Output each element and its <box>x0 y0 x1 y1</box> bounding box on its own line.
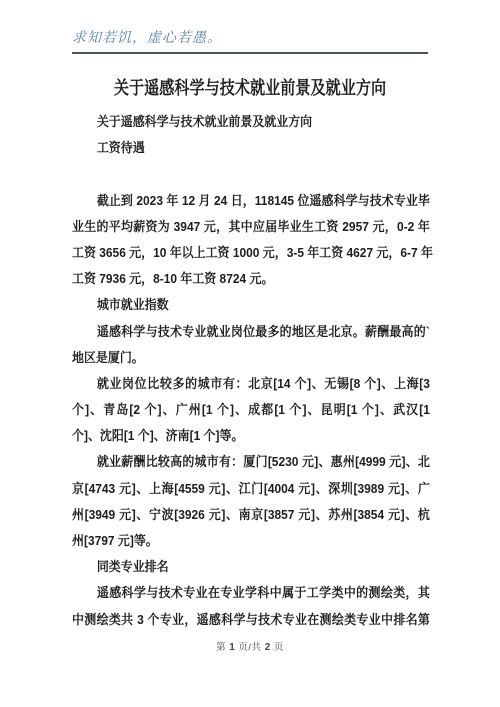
body-text-line: 地区是厦门。 <box>72 345 430 371</box>
page-footer: 第 1 页/共 2 页 <box>0 642 500 654</box>
body-text-line: 遥感科学与技术专业就业岗位最多的地区是北京。薪酬最高的` <box>72 319 430 345</box>
body-text-line: 截止到 2023 年 12 月 24 日，118145 位遥感科学与技术专业毕 <box>72 188 430 214</box>
body-text-line: 就业岗位比较多的城市有：北京[14 个]、无锡[8 个]、上海[3 <box>72 371 430 397</box>
body-text-line: 京[4743 元]、上海[4559 元]、江门[4004 元]、深圳[3989 … <box>72 476 430 502</box>
body-text-line: 同类专业排名 <box>72 554 430 580</box>
footer-middle: 页/共 <box>235 642 264 653</box>
body-text-line: 业生的平均薪资为 3947 元，其中应届毕业生工资 2957 元，0-2 年 <box>72 214 430 240</box>
body-text-line: 州[3797 元]等。 <box>72 528 430 554</box>
body-text-line: 中测绘类共 3 个专业，遥感科学与技术专业在测绘类专业中排名第 <box>72 607 430 633</box>
footer-suffix: 页 <box>271 642 284 653</box>
body-text-line: 工资 3656 元，10 年以上工资 1000 元，3-5 年工资 4627 元… <box>72 240 430 266</box>
footer-prefix: 第 <box>216 642 229 653</box>
body-text-line: 个]、沈阳[1 个]、济南[1 个]等。 <box>72 423 430 449</box>
body-text-line: 关于遥感科学与技术就业前景及就业方向 <box>72 109 430 135</box>
body-text-line: 个]、青岛[2 个]、广州[1 个]、成都[1 个]、昆明[1 个]、武汉[1 <box>72 397 430 423</box>
body-text-line: 州[3949 元]、宁波[3926 元]、南京[3857 元]、苏州[3854 … <box>72 502 430 528</box>
body-text-line: 遥感科学与技术专业在专业学科中属于工学类中的测绘类，其 <box>72 580 430 606</box>
body-text-line: 就业薪酬比较高的城市有：厦门[5230 元]、惠州[4999 元]、北 <box>72 449 430 475</box>
header-motto: 求知若饥，虚心若愚。 <box>72 30 428 47</box>
body-blank-line <box>72 161 430 187</box>
body-text-line: 城市就业指数 <box>72 292 430 318</box>
document-page: 求知若饥，虚心若愚。 关于遥感科学与技术就业前景及就业方向 关于遥感科学与技术就… <box>0 0 500 707</box>
document-title: 关于遥感科学与技术就业前景及就业方向 <box>40 74 460 100</box>
header-divider-line <box>72 52 428 54</box>
body-text-line: 工资 7936 元，8-10 年工资 8724 元。 <box>72 266 430 292</box>
document-body: 关于遥感科学与技术就业前景及就业方向工资待遇 截止到 2023 年 12 月 2… <box>72 109 430 633</box>
body-text-line: 工资待遇 <box>72 135 430 161</box>
